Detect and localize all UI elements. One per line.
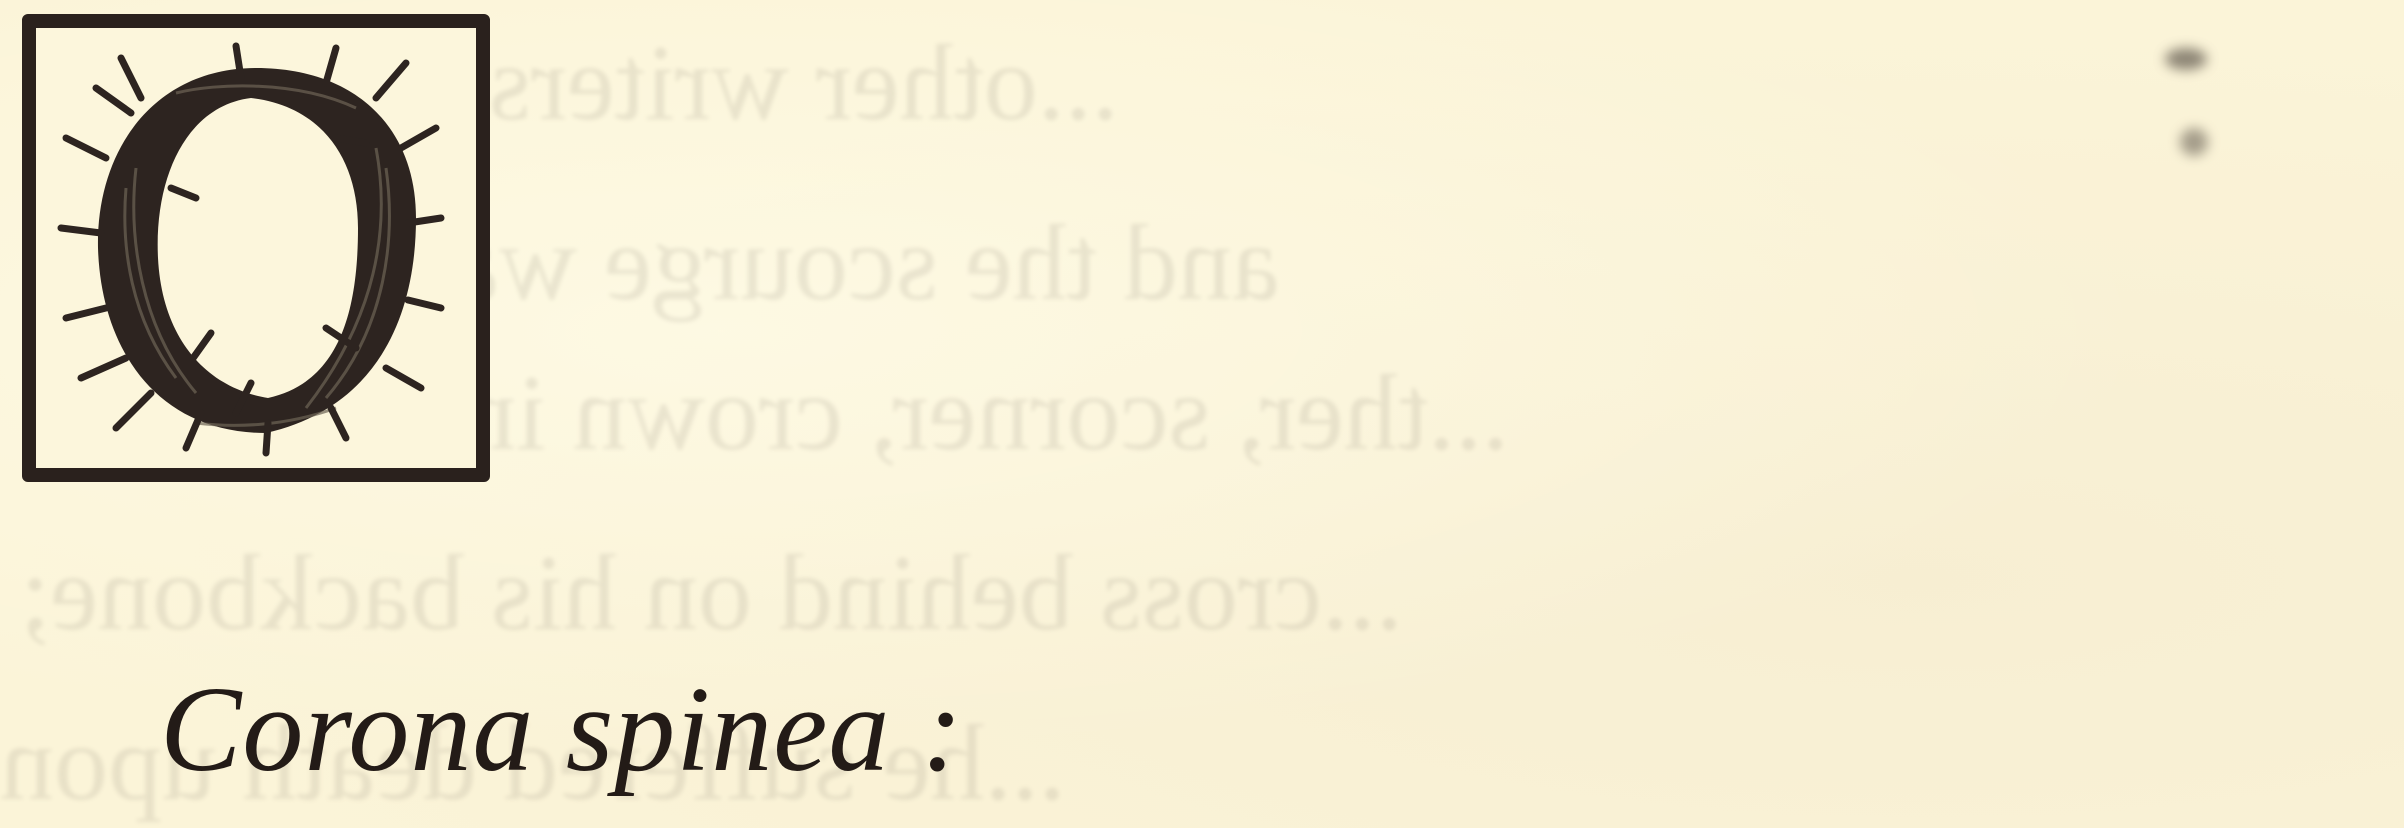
crown-of-thorns-emblem xyxy=(22,14,490,482)
showthrough-line: ...cross behind on his backbone; xyxy=(20,540,1403,648)
ink-smudge xyxy=(2180,128,2208,156)
crown-of-thorns-icon xyxy=(36,28,476,468)
ink-smudge xyxy=(2165,48,2207,70)
scanned-page: ...other writers mocked and the scourge … xyxy=(0,0,2404,828)
emblem-caption: Corona spinea : xyxy=(160,660,963,800)
